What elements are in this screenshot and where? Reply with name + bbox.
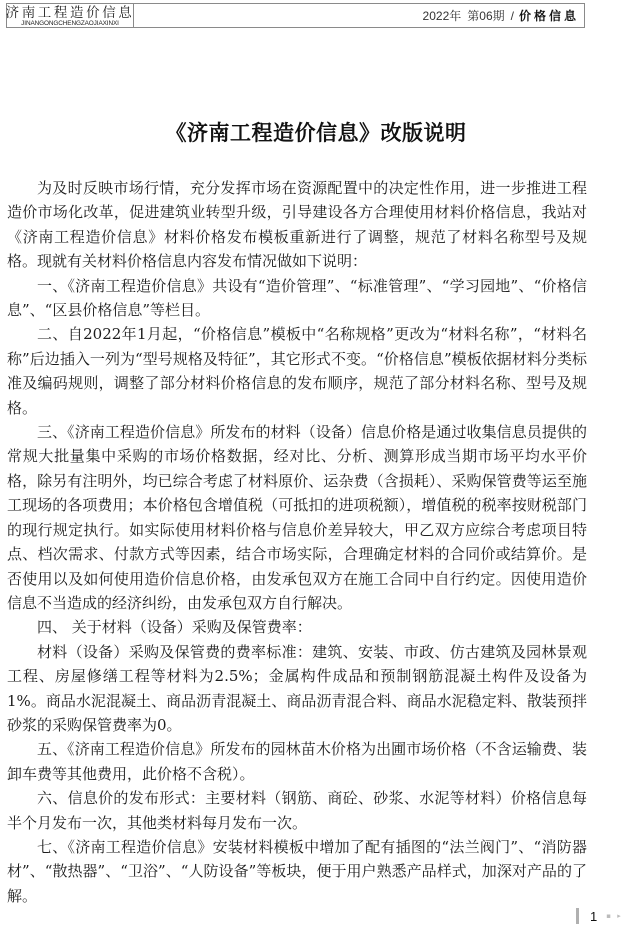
issue-info: 2022年 第 06 期 / 价格信息: [134, 4, 584, 27]
paragraph-intro: 为及时反映市场行情，充分发挥市场在资源配置中的决定性作用，进一步推进工程造价市场…: [7, 176, 587, 274]
paragraph-section-5: 五、《济南工程造价信息》所发布的园林苗木价格为出圃市场价格（不含运输费、装卸车费…: [7, 737, 587, 786]
document-title: 《济南工程造价信息》改版说明: [0, 117, 632, 147]
header-separator: /: [511, 9, 514, 23]
paragraph-section-3: 三、《济南工程造价信息》所发布的材料（设备）信息价格是通过收集信息员提供的常规大…: [7, 420, 587, 615]
paragraph-section-2: 二、自2022年1月起，“价格信息”模板中“名称规格”更改为“材料名称”，“材料…: [7, 322, 587, 420]
paragraph-section-6: 六、信息价的发布形式：主要材料（钢筋、商砼、砂浆、水泥等材料）价格信息每半个月发…: [7, 786, 587, 835]
issue-year: 2022年: [423, 7, 462, 24]
publication-title: 济南工程造价信息: [6, 6, 135, 20]
page-footer: 1 ▪ ▸: [576, 907, 623, 925]
page-marker-bar: [576, 908, 579, 924]
document-body: 为及时反映市场行情，充分发挥市场在资源配置中的决定性作用，进一步推进工程造价市场…: [7, 176, 587, 908]
running-header: 济南工程造价信息 JINANGONGCHENGZAOJIAXINXI 2022年…: [6, 3, 585, 28]
publication-pinyin: JINANGONGCHENGZAOJIAXINXI: [21, 20, 119, 27]
issue-suffix: 期: [493, 7, 505, 24]
publication-masthead: 济南工程造价信息 JINANGONGCHENGZAOJIAXINXI: [7, 4, 134, 27]
issue-prefix: 第: [467, 7, 479, 24]
page-number: 1: [590, 909, 597, 924]
paragraph-section-4-heading: 四、 关于材料（设备）采购及保管费率：: [7, 615, 587, 639]
page-arrow-icon: ▪ ▸: [606, 912, 622, 920]
paragraph-section-1: 一、《济南工程造价信息》共设有“造价管理”、“标准管理”、“学习园地”、“价格信…: [7, 274, 587, 323]
issue-number: 06: [479, 9, 492, 23]
paragraph-section-4-body: 材料（设备）采购及保管费的费率标准：建筑、安装、市政、仿古建筑及园林景观工程、房…: [7, 640, 587, 738]
section-name: 价格信息: [519, 7, 579, 24]
paragraph-section-7: 七、《济南工程造价信息》安装材料模板中增加了配有插图的“法兰阀门”、“消防器材”…: [7, 835, 587, 908]
